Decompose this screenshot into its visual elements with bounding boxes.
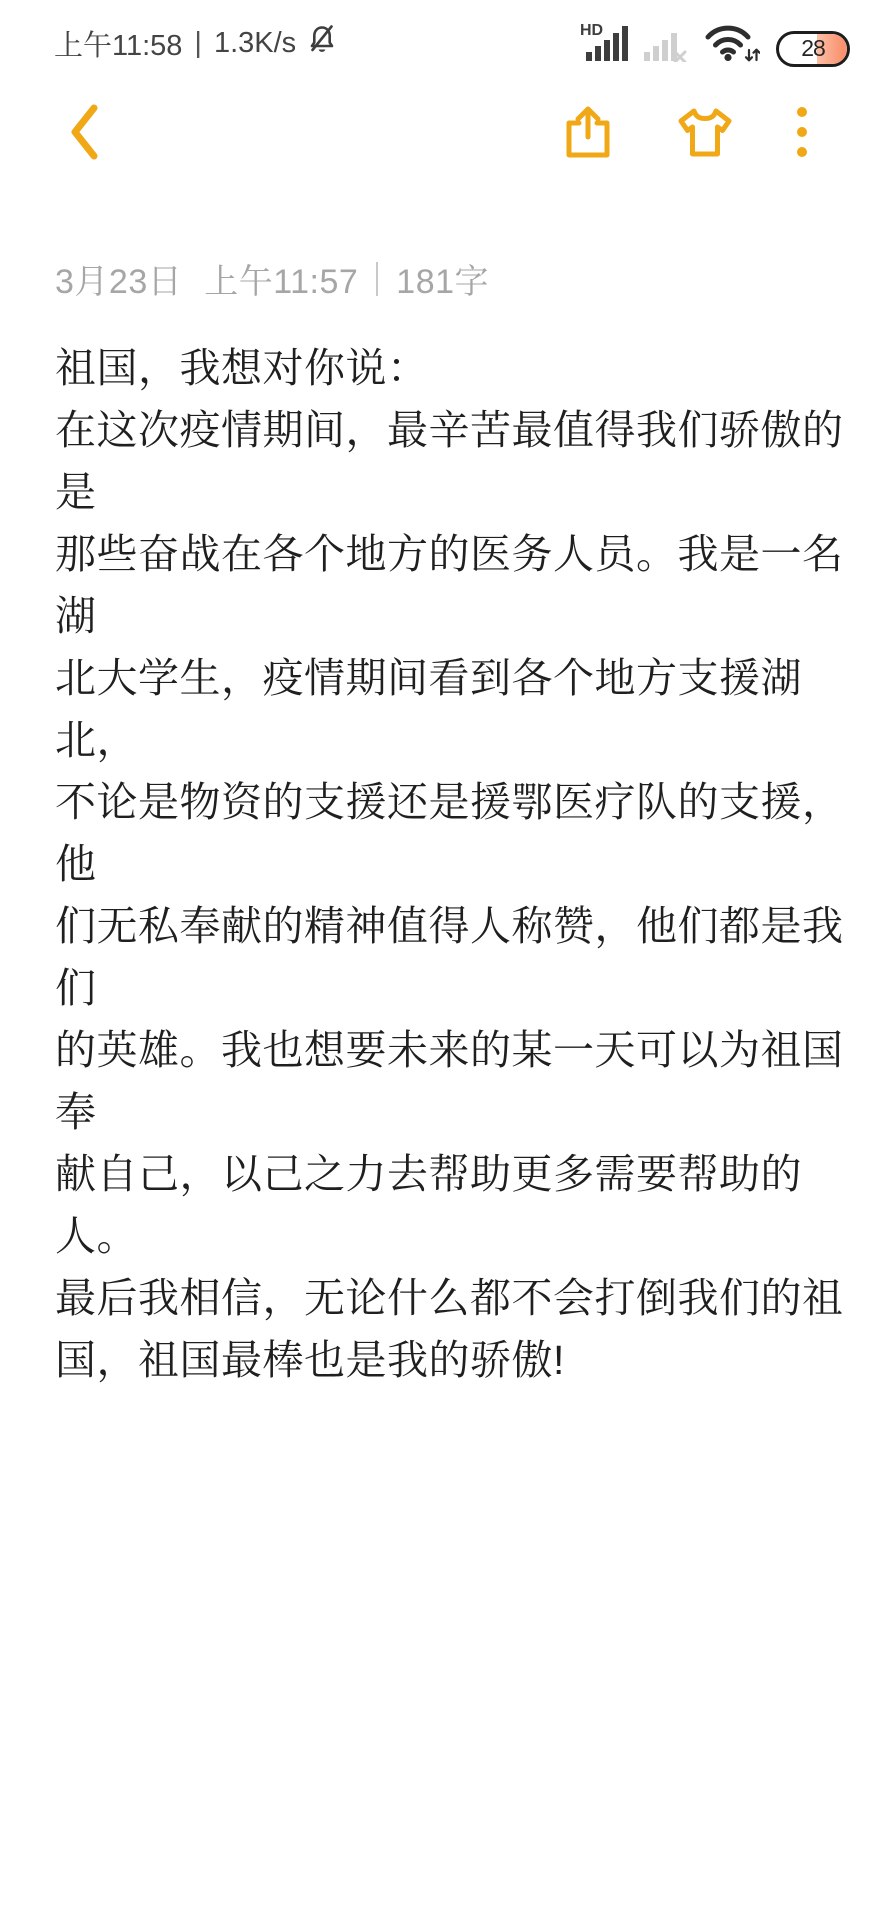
status-divider: | [192, 27, 204, 60]
note-meta: 3月23日 上午11:57 181字 [0, 254, 886, 303]
hd-label: HD [580, 22, 603, 39]
share-icon [562, 104, 614, 165]
note-time: 上午11:57 [204, 254, 358, 303]
note-word-count: 181字 [396, 254, 489, 303]
tshirt-theme-icon [676, 106, 734, 163]
note-date: 3月23日 [55, 254, 182, 303]
kebab-menu-icon [796, 106, 808, 163]
cellular-signal-icon: HD [580, 20, 628, 67]
cellular-signal-disabled-icon [644, 20, 688, 67]
back-button[interactable] [66, 103, 102, 166]
clock-text: 上午11:58 [54, 23, 182, 64]
battery-percent: 28 [801, 35, 825, 62]
status-right: HD [580, 20, 850, 67]
toolbar-actions [562, 104, 808, 165]
wifi-icon [704, 20, 760, 67]
network-speed-text: 1.3K/s [214, 27, 296, 60]
toolbar [0, 92, 886, 176]
notes-app-screen: 上午11:58 | 1.3K/s HD [0, 0, 886, 1920]
status-left: 上午11:58 | 1.3K/s [54, 22, 338, 64]
back-chevron-icon [66, 103, 102, 166]
theme-button[interactable] [676, 106, 734, 163]
status-bar: 上午11:58 | 1.3K/s HD [0, 0, 886, 78]
meta-divider [376, 262, 378, 296]
share-button[interactable] [562, 104, 614, 165]
note-body-text[interactable]: 祖国，我想对你说： 在这次疫情期间，最辛苦最值得我们骄傲的是 那些奋战在各个地方… [0, 337, 886, 1391]
battery-icon: 28 [776, 31, 850, 67]
bell-muted-icon [306, 22, 338, 64]
more-button[interactable] [796, 106, 808, 163]
